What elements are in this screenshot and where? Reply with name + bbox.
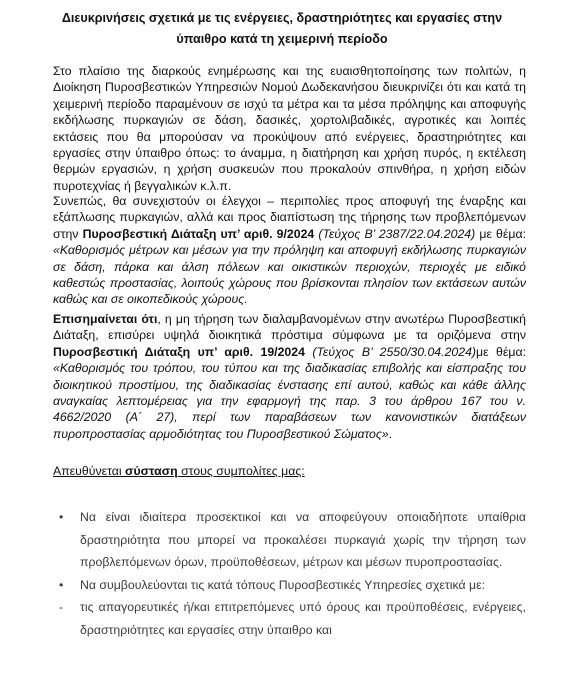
- p3-gazette-issue: (Τεύχος Β’ 2550/30.04.2024): [305, 345, 476, 359]
- list-item-text: τις απαγορευτικές ή/και επιτρεπόμενες υπ…: [80, 600, 526, 637]
- recommendation-heading: Απευθύνεται σύσταση στους συμπολίτες μας…: [53, 463, 305, 479]
- recommendation-list: • Να είναι ιδιαίτερα προσεκτικοί και να …: [53, 506, 526, 641]
- bullet-icon: •: [59, 574, 63, 597]
- p3-text-end: .: [389, 427, 392, 441]
- rec-text-a: Απευθύνεται: [53, 464, 125, 478]
- paragraph-penalties: Επισημαίνεται ότι, η μη τήρηση των διαλα…: [53, 311, 526, 442]
- list-item-text: Να συμβουλεύονται τις κατά τόπους Πυροσβ…: [80, 578, 485, 592]
- p3-text-b: με θέμα:: [476, 345, 526, 359]
- p3-subject: «Καθορισμός του τρόπου, του τύπου και τη…: [53, 361, 526, 441]
- p2-text-b: με θέμα:: [475, 227, 526, 241]
- bullet-icon: •: [59, 506, 63, 529]
- title-line-2: ύπαιθρο κατά τη χειμερινή περίοδο: [0, 29, 564, 50]
- paragraph-intro: Στο πλαίσιο της διαρκούς ενημέρωσης και …: [53, 63, 526, 194]
- list-item: - τις απαγορευτικές ή/και επιτρεπόμενες …: [53, 596, 526, 641]
- title-line-1: Διευκρινήσεις σχετικά με τις ενέργειες, …: [0, 8, 564, 29]
- p3-bold-lead: Επισημαίνεται ότι: [53, 312, 157, 326]
- p3-fire-ordinance-ref: Πυροσβεστική Διάταξη υπ’ αριθ. 19/2024: [53, 345, 305, 359]
- list-item: • Να είναι ιδιαίτερα προσεκτικοί και να …: [53, 506, 526, 574]
- rec-text-b: στους συμπολίτες μας:: [178, 464, 305, 478]
- list-item-text: Να είναι ιδιαίτερα προσεκτικοί και να απ…: [80, 510, 526, 569]
- p2-subject: «Καθορισμός μέτρων και μέσων για την πρό…: [53, 243, 526, 306]
- dash-icon: -: [59, 596, 63, 619]
- p2-gazette-issue: (Τεύχος Β’ 2387/22.04.2024): [314, 227, 475, 241]
- rec-bold: σύσταση: [125, 464, 178, 478]
- paragraph-inspections: Συνεπώς, θα συνεχιστούν οι έλεγχοι – περ…: [53, 193, 526, 308]
- list-item: • Να συμβουλεύονται τις κατά τόπους Πυρο…: [53, 574, 526, 597]
- document-title: Διευκρινήσεις σχετικά με τις ενέργειες, …: [0, 8, 564, 50]
- document-page: Διευκρινήσεις σχετικά με τις ενέργειες, …: [0, 0, 564, 674]
- p2-fire-ordinance-ref: Πυροσβεστική Διάταξη υπ’ αριθ. 9/2024: [83, 227, 315, 241]
